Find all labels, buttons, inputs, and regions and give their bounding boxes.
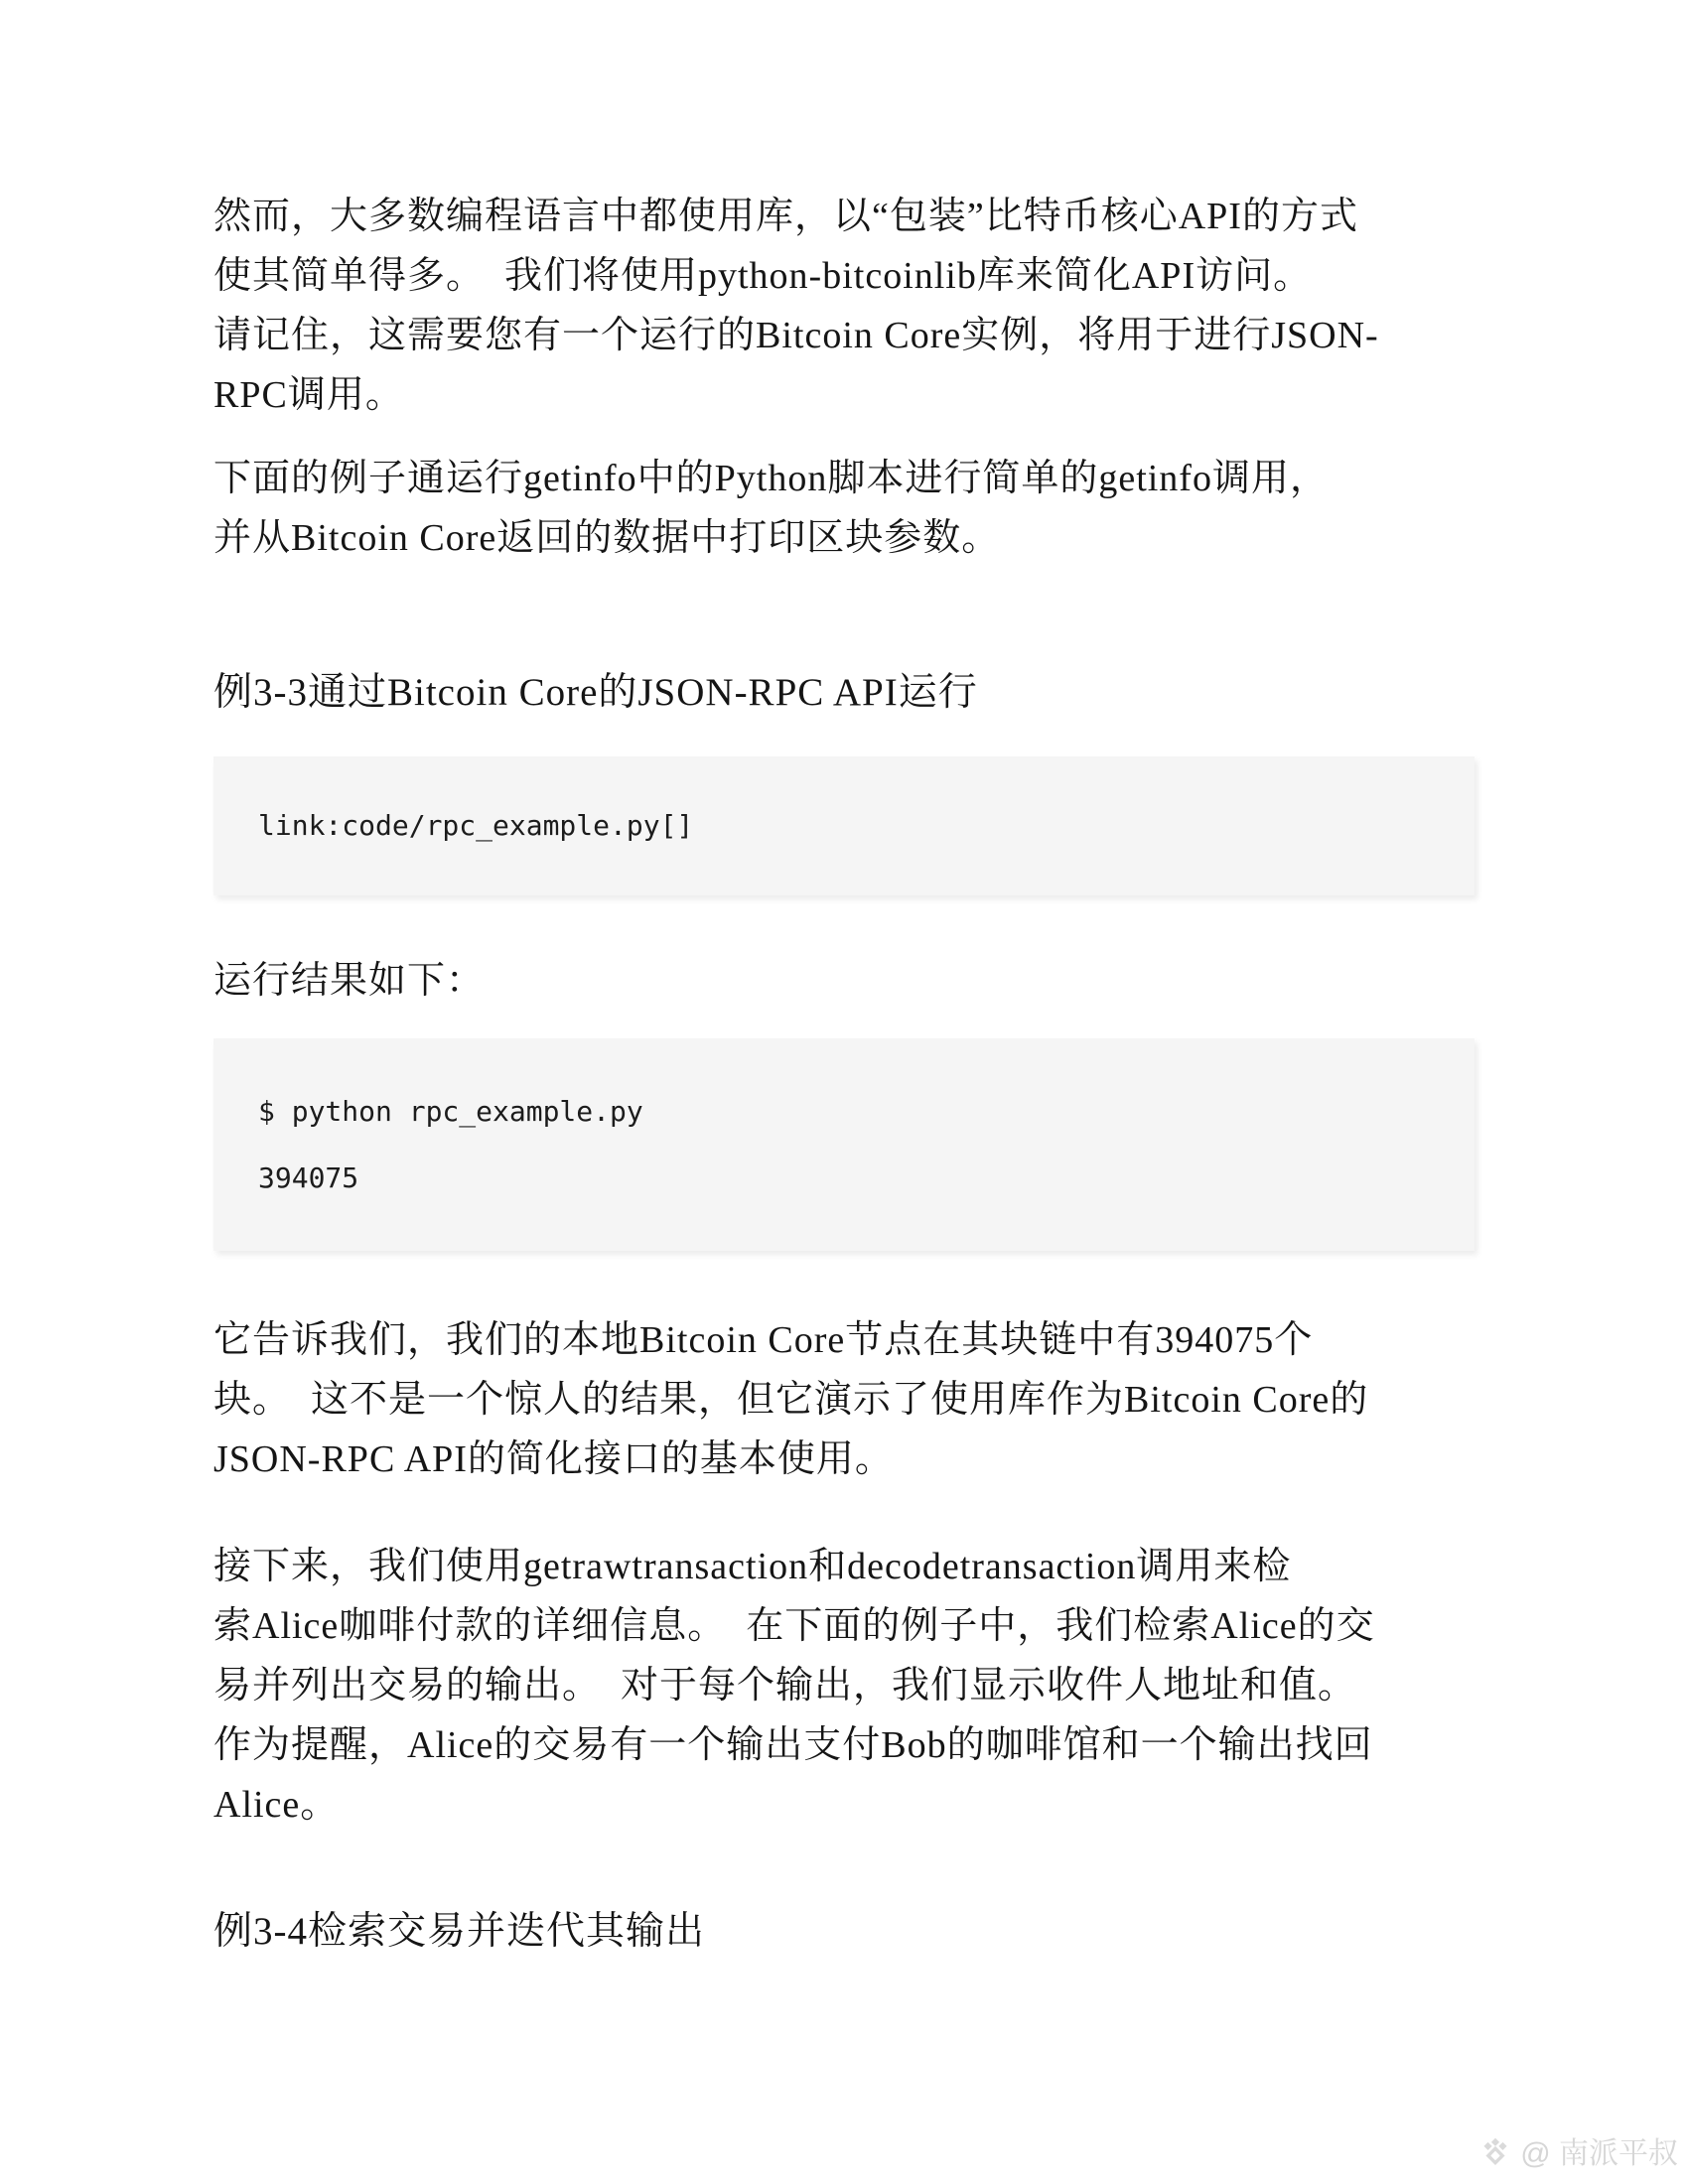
code-block-output: $ python rpc_example.py 394075 xyxy=(213,1038,1475,1251)
code-block-link: link:code/rpc_example.py[] xyxy=(213,756,1475,895)
document-page: 然而，大多数编程语言中都使用库，以“包装”比特币核心API的方式 使其简单得多。… xyxy=(0,0,1688,2184)
result-label: 运行结果如下： xyxy=(213,951,1475,1011)
watermark-text: @ 南派平叔 xyxy=(1520,2128,1678,2172)
content-column: 然而，大多数编程语言中都使用库，以“包装”比特币核心API的方式 使其简单得多。… xyxy=(213,0,1475,1962)
watermark: @ 南派平叔 xyxy=(1478,2128,1678,2172)
example-3-3-heading: 例3-3通过Bitcoin Core的JSON-RPC API运行 xyxy=(213,663,1475,723)
example-3-4-heading: 例3-4检索交易并迭代其输出 xyxy=(213,1902,1475,1962)
paragraph-explanation: 它告诉我们，我们的本地Bitcoin Core节点在其块链中有394075个 块… xyxy=(213,1310,1475,1489)
paragraph-getinfo: 下面的例子通运行getinfo中的Python脚本进行简单的getinfo调用，… xyxy=(213,449,1475,568)
binance-diamond-logo-icon xyxy=(1478,2133,1512,2167)
paragraph-next: 接下来，我们使用getrawtransaction和decodetransact… xyxy=(213,1537,1475,1835)
paragraph-intro: 然而，大多数编程语言中都使用库，以“包装”比特币核心API的方式 使其简单得多。… xyxy=(213,187,1475,425)
